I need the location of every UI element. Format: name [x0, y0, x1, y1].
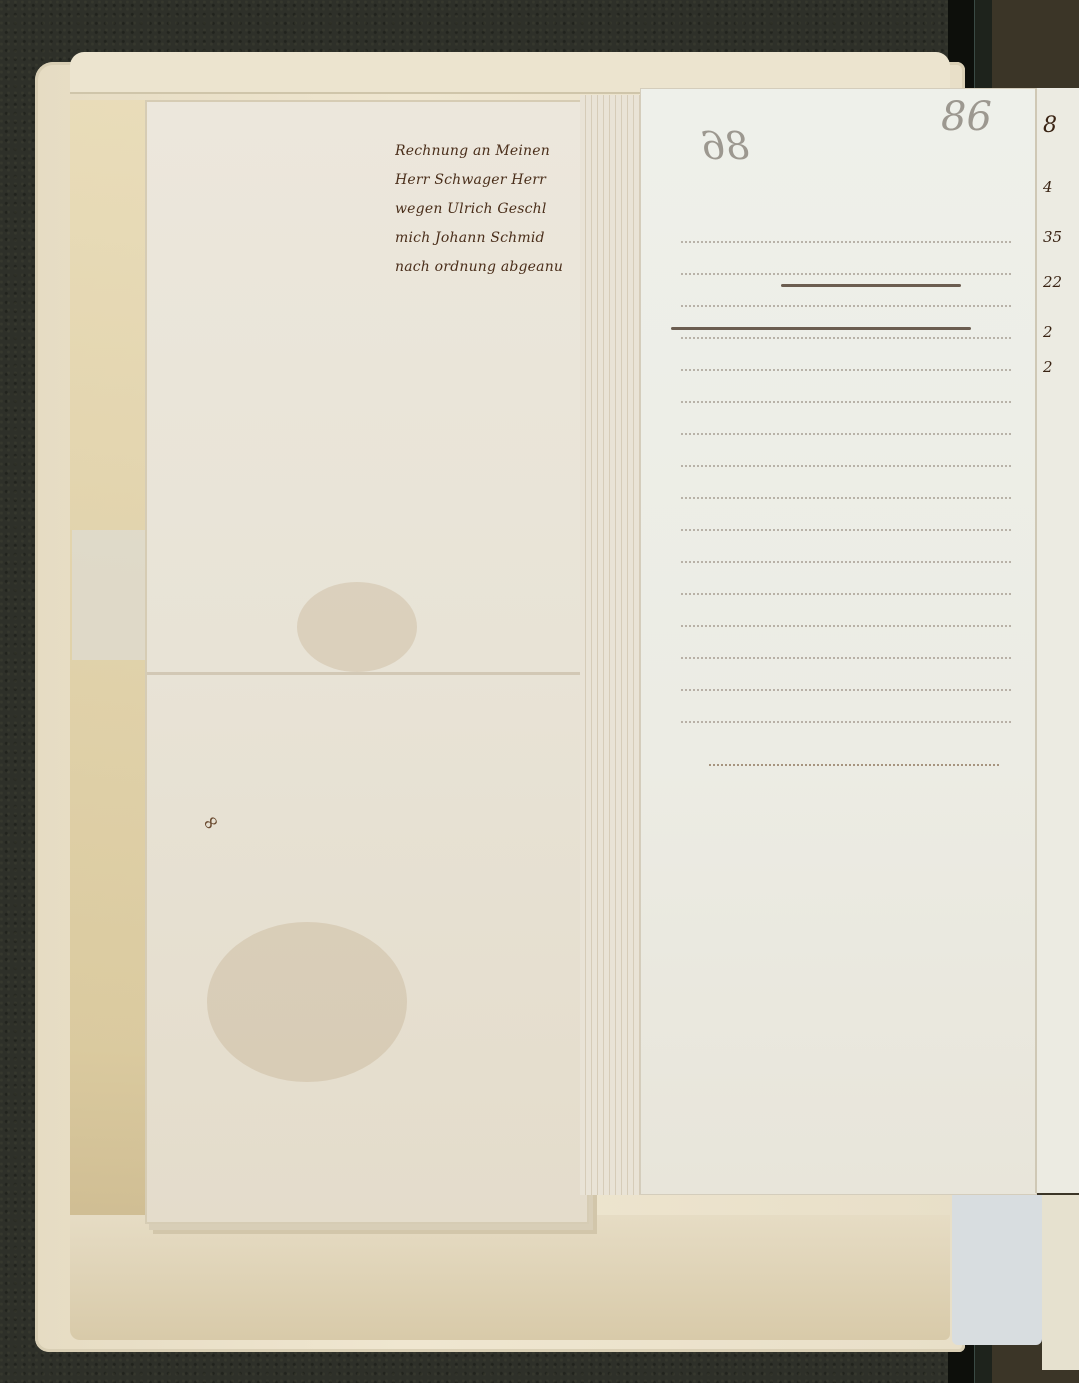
right-page: 86 86 — [640, 88, 1037, 1195]
folio-fragment: 8 — [1043, 113, 1057, 138]
margin-number: 4 — [1043, 178, 1053, 196]
stain — [207, 922, 407, 1082]
ruled-line — [709, 764, 999, 766]
margin-number: 2 — [1043, 358, 1053, 376]
bleed-line — [681, 411, 1011, 435]
margin-number: 2 — [1043, 323, 1053, 341]
note-line: mich Johann Schmid — [395, 224, 585, 253]
cover-yellowed-strip — [70, 100, 150, 1280]
bleed-line — [681, 443, 1011, 467]
note-line: Herr Schwager Herr — [395, 166, 585, 195]
folio-number-top: 86 — [941, 94, 992, 140]
bleed-line — [681, 347, 1011, 371]
margin-number: 22 — [1043, 273, 1062, 291]
binding-cloth — [952, 1195, 1042, 1345]
note-line: nach ordnung abgeanu — [395, 253, 585, 282]
bleed-line — [681, 379, 1011, 403]
stain — [297, 582, 417, 672]
strikethrough — [671, 327, 971, 330]
bleed-line — [681, 507, 1011, 531]
binding-flap — [1042, 1195, 1079, 1370]
note-line: wegen Ulrich Geschl — [395, 195, 585, 224]
ink-blot-icon: ∞ — [197, 807, 224, 836]
left-page: Rechnung an Meinen Herr Schwager Herr we… — [145, 100, 589, 1224]
bleed-line — [681, 635, 1011, 659]
bleed-line — [681, 539, 1011, 563]
page-fold — [147, 672, 587, 675]
note-line: Rechnung an Meinen — [395, 137, 585, 166]
bleed-line — [681, 571, 1011, 595]
bleed-through-text — [681, 219, 1011, 731]
folio-number-mirrored: 86 — [701, 124, 749, 168]
bleed-line — [681, 667, 1011, 691]
bleed-line — [681, 219, 1011, 243]
heading-note: Rechnung an Meinen Herr Schwager Herr we… — [395, 137, 585, 282]
margin-number: 35 — [1043, 228, 1062, 246]
bleed-line — [681, 475, 1011, 499]
bleed-line — [681, 251, 1011, 275]
far-right-page: 8 4 35 22 2 2 — [1035, 88, 1079, 1193]
strikethrough — [781, 284, 961, 287]
bleed-line — [681, 699, 1011, 723]
cover-bottom-edge — [70, 1215, 950, 1340]
bleed-line — [681, 603, 1011, 627]
